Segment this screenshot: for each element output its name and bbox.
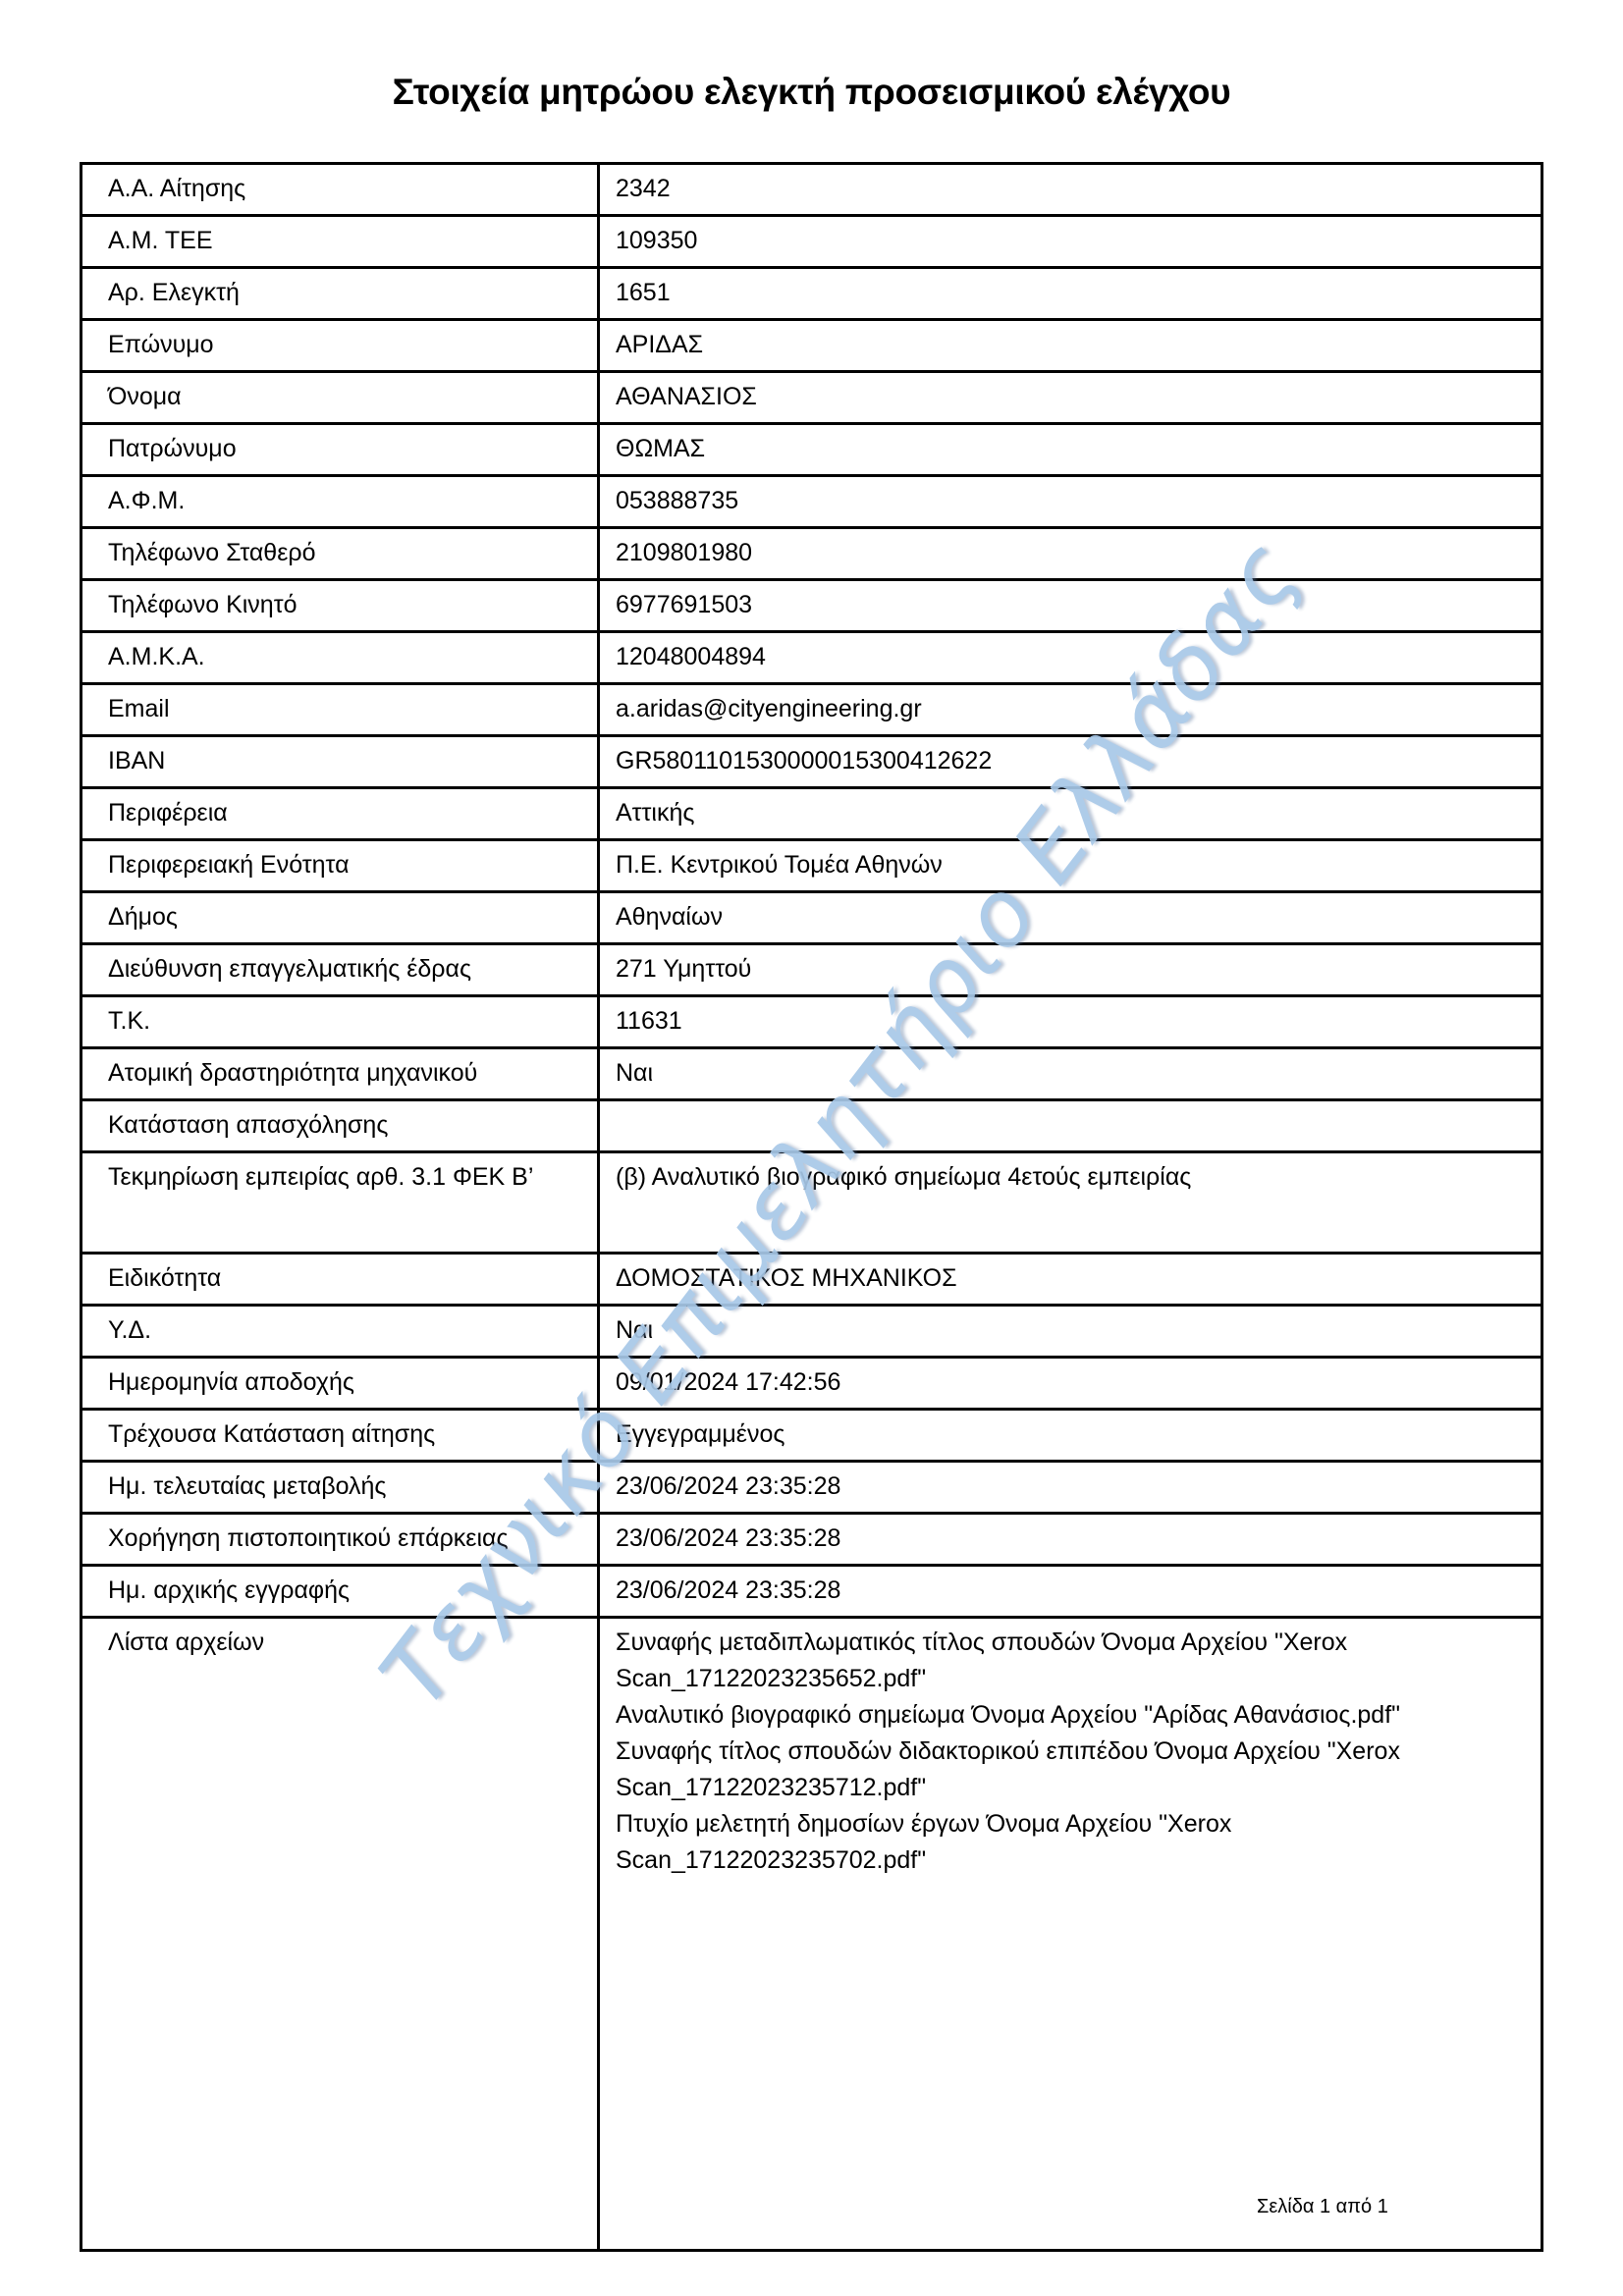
field-value: 12048004894 xyxy=(599,632,1542,684)
field-label: Όνομα xyxy=(81,372,599,424)
field-label: Τρέχουσα Κατάσταση αίτησης xyxy=(81,1410,599,1462)
table-row: Περιφερειακή ΕνότηταΠ.Ε. Κεντρικού Τομέα… xyxy=(81,840,1542,892)
file-list-line: Αναλυτικό βιογραφικό σημείωμα Όνομα Αρχε… xyxy=(616,1697,1533,1734)
field-label: IBAN xyxy=(81,736,599,788)
field-value: 23/06/2024 23:35:28 xyxy=(599,1566,1542,1618)
field-value: 053888735 xyxy=(599,476,1542,528)
field-label: Δήμος xyxy=(81,892,599,944)
table-row: Κατάσταση απασχόλησης xyxy=(81,1100,1542,1152)
file-list-line: Συναφής τίτλος σπουδών διδακτορικού επιπ… xyxy=(616,1734,1533,1770)
table-row: Ημ. τελευταίας μεταβολής23/06/2024 23:35… xyxy=(81,1462,1542,1514)
table-row: Χορήγηση πιστοποιητικού επάρκειας23/06/2… xyxy=(81,1514,1542,1566)
field-label: Ημερομηνία αποδοχής xyxy=(81,1358,599,1410)
table-row: Α.Μ.Κ.Α.12048004894 xyxy=(81,632,1542,684)
field-value: 2109801980 xyxy=(599,528,1542,580)
table-row: ΌνομαΑΘΑΝΑΣΙΟΣ xyxy=(81,372,1542,424)
field-value: ΑΡΙΔΑΣ xyxy=(599,320,1542,372)
field-label: Α.Μ.Κ.Α. xyxy=(81,632,599,684)
file-list-line: Πτυχίο μελετητή δημοσίων έργων Όνομα Αρχ… xyxy=(616,1806,1533,1842)
table-row: Τηλέφωνο Κινητό6977691503 xyxy=(81,580,1542,632)
table-row: Διεύθυνση επαγγελματικής έδρας271 Υμηττο… xyxy=(81,944,1542,996)
field-value: ΑΘΑΝΑΣΙΟΣ xyxy=(599,372,1542,424)
field-label: Περιφέρεια xyxy=(81,788,599,840)
field-value: 11631 xyxy=(599,996,1542,1048)
field-label: Ειδικότητα xyxy=(81,1254,599,1306)
field-label: Τηλέφωνο Σταθερό xyxy=(81,528,599,580)
field-label: Τεκμηρίωση εμπειρίας αρθ. 3.1 ΦΕΚ Β’ xyxy=(81,1152,599,1254)
field-label: Κατάσταση απασχόλησης xyxy=(81,1100,599,1152)
field-value: Αθηναίων xyxy=(599,892,1542,944)
field-label: Ατομική δραστηριότητα μηχανικού xyxy=(81,1048,599,1100)
field-value: 23/06/2024 23:35:28 xyxy=(599,1462,1542,1514)
table-row: Αρ. Ελεγκτή1651 xyxy=(81,268,1542,320)
field-value: 271 Υμηττού xyxy=(599,944,1542,996)
page-title: Στοιχεία μητρώου ελεγκτή προσεισμικού ελ… xyxy=(0,69,1623,116)
table-row: ΕιδικότηταΔΟΜΟΣΤΑΤΙΚΟΣ ΜΗΧΑΝΙΚΟΣ xyxy=(81,1254,1542,1306)
table-row: Α.Φ.Μ.053888735 xyxy=(81,476,1542,528)
field-label: Α.Α. Αίτησης xyxy=(81,164,599,216)
field-label: Διεύθυνση επαγγελματικής έδρας xyxy=(81,944,599,996)
field-label: Α.Μ. ΤΕΕ xyxy=(81,216,599,268)
field-value xyxy=(599,1100,1542,1152)
field-value: Π.Ε. Κεντρικού Τομέα Αθηνών xyxy=(599,840,1542,892)
table-row: ΔήμοςΑθηναίων xyxy=(81,892,1542,944)
field-value: Αττικής xyxy=(599,788,1542,840)
field-value: 1651 xyxy=(599,268,1542,320)
field-value: 2342 xyxy=(599,164,1542,216)
field-label: Πατρώνυμο xyxy=(81,424,599,476)
field-label: Email xyxy=(81,684,599,736)
field-label: Τ.Κ. xyxy=(81,996,599,1048)
field-value: ΘΩΜΑΣ xyxy=(599,424,1542,476)
table-row: IBANGR5801101530000015300412622 xyxy=(81,736,1542,788)
file-list-line: Scan_17122023235652.pdf" xyxy=(616,1661,1533,1697)
table-row: Α.Μ. ΤΕΕ109350 xyxy=(81,216,1542,268)
table-row: Ατομική δραστηριότητα μηχανικούΝαι xyxy=(81,1048,1542,1100)
field-value: 09/01/2024 17:42:56 xyxy=(599,1358,1542,1410)
table-row: ΠεριφέρειαΑττικής xyxy=(81,788,1542,840)
table-row-file-list: Λίστα αρχείωνΣυναφής μεταδιπλωματικός τί… xyxy=(81,1618,1542,2251)
field-value: 23/06/2024 23:35:28 xyxy=(599,1514,1542,1566)
field-value: Ναι xyxy=(599,1306,1542,1358)
table-row: Υ.Δ.Ναι xyxy=(81,1306,1542,1358)
table-row: ΠατρώνυμοΘΩΜΑΣ xyxy=(81,424,1542,476)
field-value: 6977691503 xyxy=(599,580,1542,632)
field-value: (β) Αναλυτικό βιογραφικό σημείωμα 4ετούς… xyxy=(599,1152,1542,1254)
file-list: Συναφής μεταδιπλωματικός τίτλος σπουδών … xyxy=(599,1618,1542,2251)
field-label: Υ.Δ. xyxy=(81,1306,599,1358)
field-value: GR5801101530000015300412622 xyxy=(599,736,1542,788)
field-label: Α.Φ.Μ. xyxy=(81,476,599,528)
file-list-line: Συναφής μεταδιπλωματικός τίτλος σπουδών … xyxy=(616,1625,1533,1661)
record-table-body: Α.Α. Αίτησης2342Α.Μ. ΤΕΕ109350Αρ. Ελεγκτ… xyxy=(81,164,1542,2251)
field-value: ΔΟΜΟΣΤΑΤΙΚΟΣ ΜΗΧΑΝΙΚΟΣ xyxy=(599,1254,1542,1306)
field-value: Εγγεγραμμένος xyxy=(599,1410,1542,1462)
file-list-line: Scan_17122023235712.pdf" xyxy=(616,1770,1533,1806)
field-value: 109350 xyxy=(599,216,1542,268)
field-label: Ημ. αρχικής εγγραφής xyxy=(81,1566,599,1618)
registry-record-table: Α.Α. Αίτησης2342Α.Μ. ΤΕΕ109350Αρ. Ελεγκτ… xyxy=(80,162,1543,2252)
field-value: Ναι xyxy=(599,1048,1542,1100)
table-row: Τρέχουσα Κατάσταση αίτησηςΕγγεγραμμένος xyxy=(81,1410,1542,1462)
file-list-line: Scan_17122023235702.pdf" xyxy=(616,1842,1533,1879)
table-row: Α.Α. Αίτησης2342 xyxy=(81,164,1542,216)
field-label: Ημ. τελευταίας μεταβολής xyxy=(81,1462,599,1514)
field-value: a.aridas@cityengineering.gr xyxy=(599,684,1542,736)
page-number: Σελίδα 1 από 1 xyxy=(1257,2193,1388,2220)
table-row: Τεκμηρίωση εμπειρίας αρθ. 3.1 ΦΕΚ Β’(β) … xyxy=(81,1152,1542,1254)
table-row: ΕπώνυμοΑΡΙΔΑΣ xyxy=(81,320,1542,372)
field-label: Χορήγηση πιστοποιητικού επάρκειας xyxy=(81,1514,599,1566)
table-row: Emaila.aridas@cityengineering.gr xyxy=(81,684,1542,736)
table-row: Ημερομηνία αποδοχής09/01/2024 17:42:56 xyxy=(81,1358,1542,1410)
table-row: Τ.Κ.11631 xyxy=(81,996,1542,1048)
field-label: Περιφερειακή Ενότητα xyxy=(81,840,599,892)
field-label: Τηλέφωνο Κινητό xyxy=(81,580,599,632)
field-label: Λίστα αρχείων xyxy=(81,1618,599,2251)
field-label: Επώνυμο xyxy=(81,320,599,372)
table-row: Ημ. αρχικής εγγραφής23/06/2024 23:35:28 xyxy=(81,1566,1542,1618)
field-label: Αρ. Ελεγκτή xyxy=(81,268,599,320)
table-row: Τηλέφωνο Σταθερό2109801980 xyxy=(81,528,1542,580)
